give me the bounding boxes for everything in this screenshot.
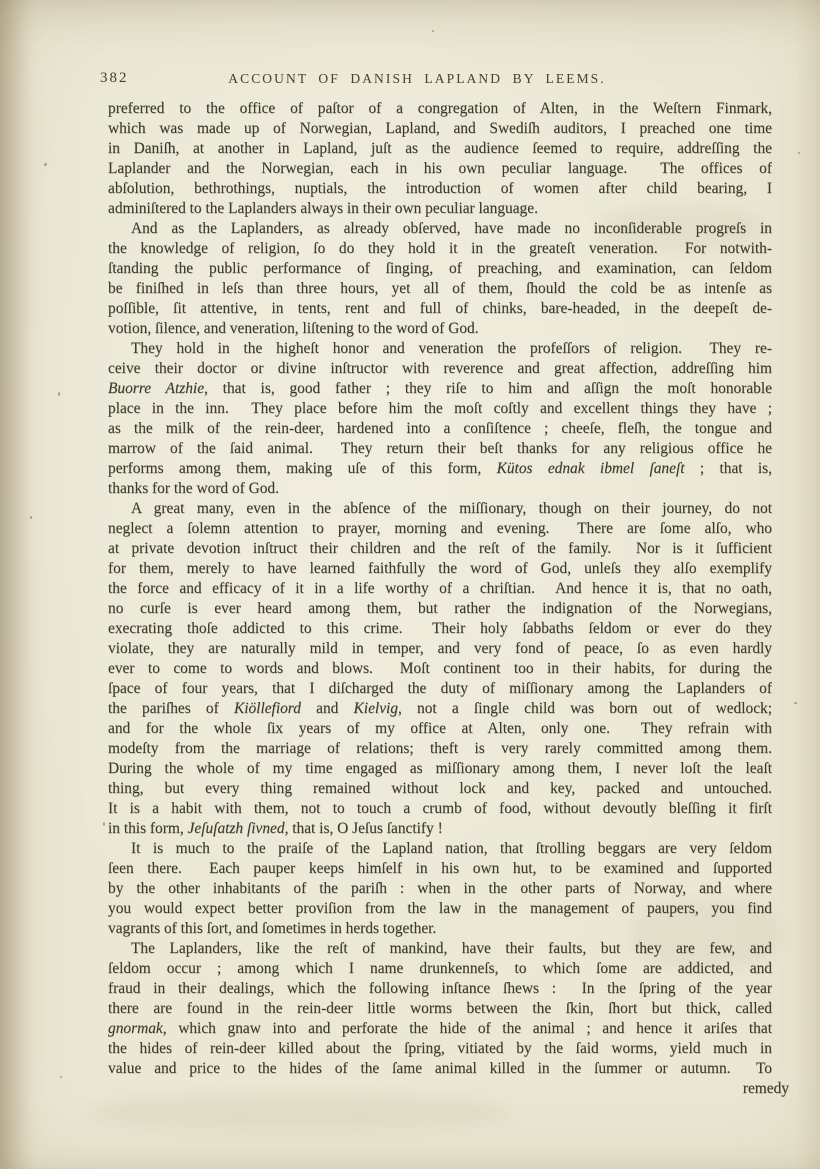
running-title: ACCOUNT OF DANISH LAPLAND BY LEEMS.: [85, 71, 749, 87]
italic-phrase: Kielvig: [354, 700, 398, 717]
text-line: Buorre Atzhie, that is, good father ; th…: [108, 379, 772, 399]
text-line: execrating thoſe addicted to this crime.…: [108, 619, 772, 639]
text-line: violate, they are naturally mild in temp…: [108, 639, 772, 659]
text-line: modeſty from the marriage of relations; …: [108, 739, 772, 759]
text-line: by the other inhabitants of the pariſh :…: [108, 879, 772, 899]
paragraph: They hold in the higheſt honor and vener…: [108, 339, 772, 499]
text-line: Laplander and the Norwegian, each in his…: [108, 159, 772, 179]
italic-phrase: Jeſuſatzh ſivned: [188, 820, 285, 837]
text-line: It is a habit with them, not to touch a …: [108, 799, 772, 819]
text-line: thing, but every thing remained without …: [108, 779, 772, 799]
text-line: marrow of the ſaid animal. They return t…: [108, 439, 772, 459]
text-line: the hides of rein-deer killed about the …: [108, 1039, 772, 1059]
paper-speck: [432, 30, 434, 32]
italic-phrase: gnormak: [108, 1020, 163, 1037]
text-line: abſolution, bethrothings, nuptials, the …: [108, 179, 772, 199]
text-line: value and price to the hides of the ſame…: [108, 1059, 772, 1079]
text-line: A great many, even in the abſence of the…: [108, 499, 772, 519]
text-block: preferred to the office of paſtor of a c…: [108, 99, 772, 1099]
text-line: ſeldom occur ; among which I name drunke…: [108, 959, 772, 979]
paragraph: And as the Laplanders, as already obſerv…: [108, 219, 772, 339]
text-line: ever to come to words and blows. Moſt co…: [108, 659, 772, 679]
paper-speck: [60, 1076, 62, 1078]
text-line: for them, merely to have learned faithfu…: [108, 559, 772, 579]
paragraph: The Laplanders, like the reſt of mankind…: [108, 939, 772, 1079]
italic-phrase: Kütos ednak ibmel ſaneſt: [497, 460, 685, 477]
paper-speck: [103, 822, 105, 826]
text-line: The Laplanders, like the reſt of mankind…: [108, 939, 772, 959]
text-line: the knowledge of religion, ſo do they ho…: [108, 239, 772, 259]
text-line: It is much to the praiſe of the Lapland …: [108, 839, 772, 859]
text-line: which was made up of Norwegian, Lapland,…: [108, 119, 772, 139]
paper-speck: [794, 702, 797, 704]
text-line: vagrants of this ſort, and ſometimes in …: [108, 919, 772, 939]
text-line: ceive their doctor or divine inſtructor …: [108, 359, 772, 379]
italic-phrase: Kiöllefiord: [234, 700, 301, 717]
paper-speck: [30, 516, 32, 519]
text-line: adminiſtered to the Laplanders always in…: [108, 199, 772, 219]
text-line: ſpace of four years, that I diſcharged t…: [108, 679, 772, 699]
text-line: ſtanding the public performance of ſingi…: [108, 259, 772, 279]
text-line: neglect a ſolemn attention to prayer, mo…: [108, 519, 772, 539]
text-line: you would expect better proviſion from t…: [108, 899, 772, 919]
text-line: there are found in the rein-deer little …: [108, 999, 772, 1019]
text-line: no curſe is ever heard among them, but r…: [108, 599, 772, 619]
paragraph: preferred to the office of paſtor of a c…: [108, 99, 772, 219]
text-line: And as the Laplanders, as already obſerv…: [108, 219, 772, 239]
paper-speck: [44, 163, 47, 166]
paragraph: A great many, even in the abſence of the…: [108, 499, 772, 839]
text-line: They hold in the higheſt honor and vener…: [108, 339, 772, 359]
text-line: preferred to the office of paſtor of a c…: [108, 99, 772, 119]
text-line: During the whole of my time engaged as m…: [108, 759, 772, 779]
text-line: in Daniſh, at another in Lapland, juſt a…: [108, 139, 772, 159]
text-line: poſſible, ſit attentive, in tents, rent …: [108, 299, 772, 319]
paper-speck: [798, 152, 800, 154]
text-line: the pariſhes of Kiöllefiord and Kielvig,…: [108, 699, 772, 719]
text-line: ſeen there. Each pauper keeps himſelf in…: [108, 859, 772, 879]
text-line: performs among them, making uſe of this …: [108, 459, 772, 479]
book-page-scan: 382 ACCOUNT OF DANISH LAPLAND BY LEEMS. …: [0, 0, 820, 1169]
text-line: as the milk of the rein-deer, hardened i…: [108, 419, 772, 439]
text-line: and for the whole ſix years of my office…: [108, 719, 772, 739]
text-line: thanks for the word of God.: [108, 479, 772, 499]
paper-speck: [58, 392, 60, 396]
text-line: at private devotion inſtruct their child…: [108, 539, 772, 559]
text-line: fraud in their dealings, which the follo…: [108, 979, 772, 999]
show-through-smudge: [90, 1095, 510, 1129]
text-line: gnormak, which gnaw into and perforate t…: [108, 1019, 772, 1039]
paragraph: It is much to the praiſe of the Lapland …: [108, 839, 772, 939]
text-line: the force and efficacy of it in a life w…: [108, 579, 772, 599]
text-line: place in the inn. They place before him …: [108, 399, 772, 419]
text-line: votion, ſilence, and veneration, liſteni…: [108, 319, 772, 339]
italic-phrase: Buorre Atzhie: [108, 380, 204, 397]
text-line: be finiſhed in leſs than three hours, ye…: [108, 279, 772, 299]
catchword: remedy: [108, 1079, 789, 1099]
text-line: in this form, Jeſuſatzh ſivned, that is,…: [108, 819, 772, 839]
